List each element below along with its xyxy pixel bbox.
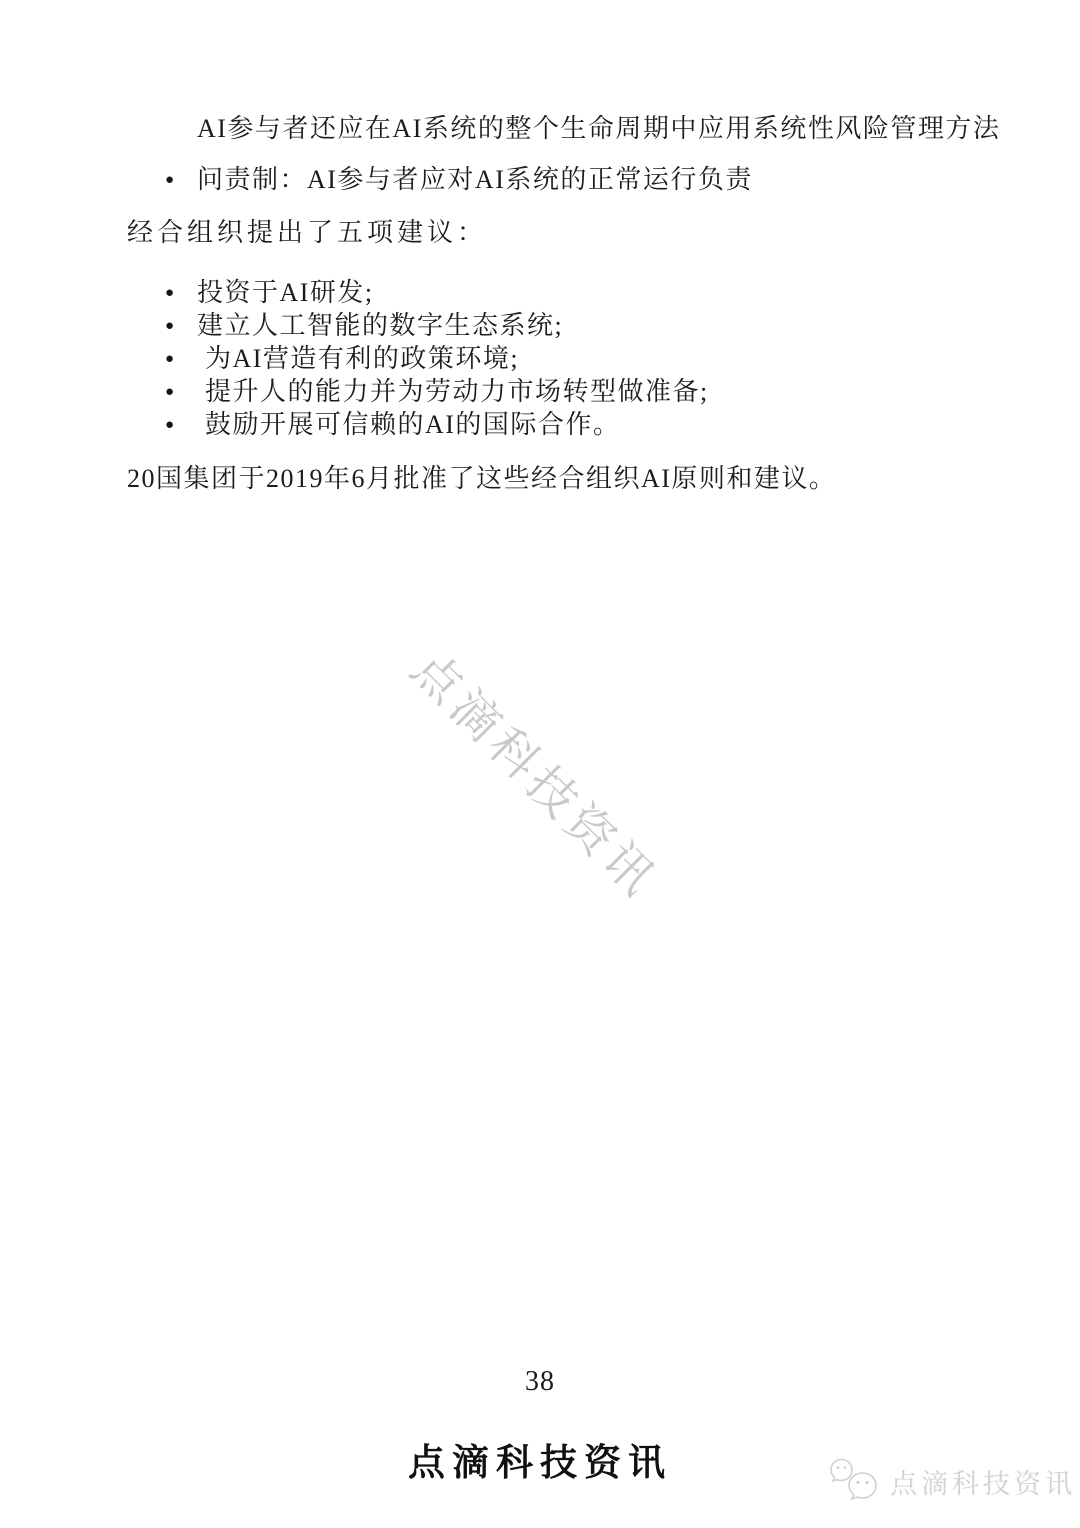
bullet-icon: ● <box>165 344 197 374</box>
list-item: ● 投资于AI研发; <box>165 278 709 311</box>
brand-text: 点滴科技资讯 <box>890 1462 1076 1501</box>
recommendation-text: 鼓励开展可信赖的AI的国际合作。 <box>197 410 620 440</box>
recommendation-text: 建立人工智能的数字生态系统; <box>197 311 563 341</box>
brand-logo: 点滴科技资讯 <box>828 1455 1076 1507</box>
bullet-icon: ● <box>165 410 197 440</box>
bullet-icon: ● <box>165 311 197 341</box>
paragraph-lifecycle: AI参与者还应在AI系统的整个生命周期中应用系统性风险管理方法 <box>197 113 1000 145</box>
wechat-chat-bubbles-icon <box>828 1455 890 1507</box>
page-number: 38 <box>0 1366 1080 1398</box>
recommendation-text: 提升人的能力并为劳动力市场转型做准备; <box>197 377 709 407</box>
paragraph-g20: 20国集团于2019年6月批准了这些经合组织AI原则和建议。 <box>127 463 836 495</box>
list-item: ● 提升人的能力并为劳动力市场转型做准备; <box>165 377 709 410</box>
watermark-text: 点滴科技资讯 <box>399 633 677 911</box>
bullet-icon: ● <box>165 377 197 407</box>
list-item: ● 建立人工智能的数字生态系统; <box>165 311 709 344</box>
recommendations-list: ● 投资于AI研发; ● 建立人工智能的数字生态系统; ● 为AI营造有利的政策… <box>165 278 709 443</box>
document-page: 点滴科技资讯 AI参与者还应在AI系统的整个生命周期中应用系统性风险管理方法 ●… <box>0 0 1080 1528</box>
recommendation-text: 投资于AI研发; <box>197 278 374 308</box>
bullet-icon: ● <box>165 165 197 195</box>
paragraph-recommendations-intro: 经合组织提出了五项建议： <box>127 217 487 249</box>
recommendation-text: 为AI营造有利的政策环境; <box>197 344 519 374</box>
bullet-row-accountability: ● 问责制：AI参与者应对AI系统的正常运行负责 <box>165 165 753 195</box>
bullet-accountability-text: 问责制：AI参与者应对AI系统的正常运行负责 <box>197 165 753 195</box>
list-item: ● 为AI营造有利的政策环境; <box>165 344 709 377</box>
list-item: ● 鼓励开展可信赖的AI的国际合作。 <box>165 410 709 443</box>
bullet-icon: ● <box>165 278 197 308</box>
